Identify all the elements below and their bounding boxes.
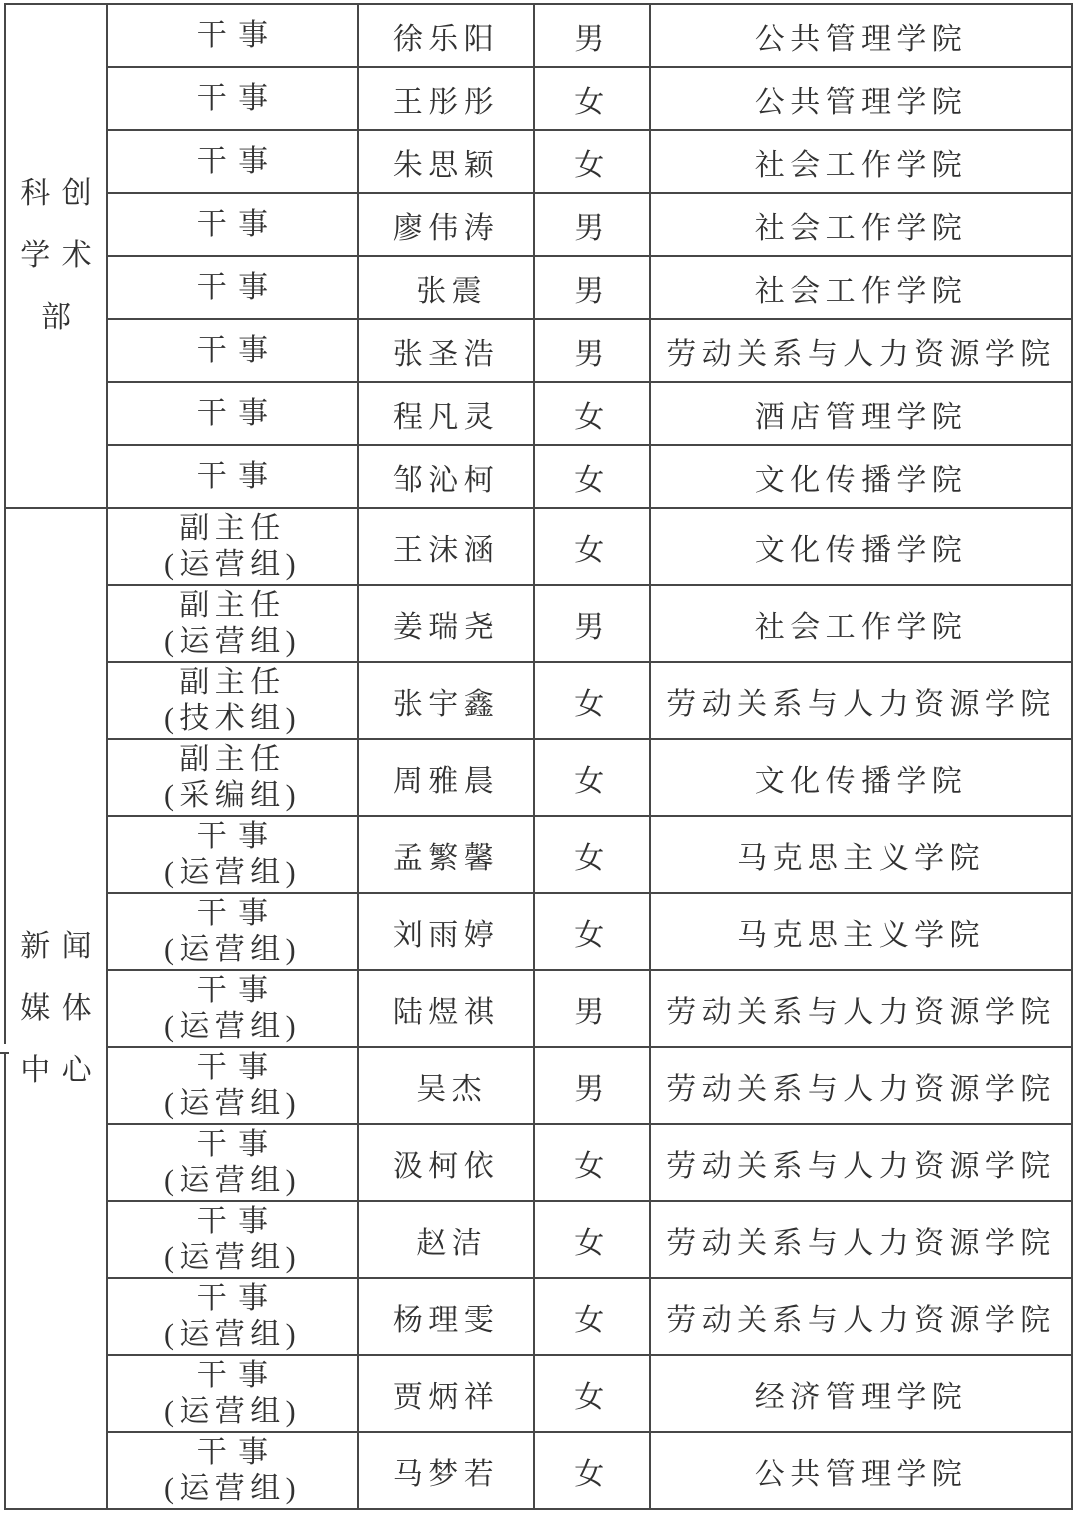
college-cell: 经济管理学院 xyxy=(650,1355,1072,1432)
name-cell: 孟繁馨 xyxy=(358,816,534,893)
table-row: 干事程凡灵女酒店管理学院 xyxy=(5,382,1072,445)
position-group: (运营组) xyxy=(108,1471,357,1507)
department-line: 媒体 xyxy=(6,978,106,1040)
college-cell: 劳动关系与人力资源学院 xyxy=(650,1278,1072,1355)
gender-cell: 女 xyxy=(534,445,650,508)
name-cell: 姜瑞尧 xyxy=(358,585,534,662)
table-row: 干事(运营组)刘雨婷女马克思主义学院 xyxy=(5,893,1072,970)
position-title: 干事 xyxy=(108,1358,357,1394)
college-cell: 马克思主义学院 xyxy=(650,893,1072,970)
name-cell: 王彤彤 xyxy=(358,67,534,130)
position-cell: 干事(运营组) xyxy=(107,1124,358,1201)
position-group: (采编组) xyxy=(108,778,357,814)
position-title: 干事 xyxy=(108,333,357,369)
gender-cell: 女 xyxy=(534,382,650,445)
table-row: 干事(运营组)贾炳祥女经济管理学院 xyxy=(5,1355,1072,1432)
table-row: 新闻媒体中心副主任(运营组)王沫涵女文化传播学院 xyxy=(5,508,1072,585)
position-group: (运营组) xyxy=(108,1163,357,1199)
position-cell: 干事 xyxy=(107,130,358,193)
position-group: (运营组) xyxy=(108,855,357,891)
position-cell: 干事(运营组) xyxy=(107,816,358,893)
table-row: 干事(运营组)赵洁女劳动关系与人力资源学院 xyxy=(5,1201,1072,1278)
position-title: 干事 xyxy=(108,819,357,855)
position-cell: 干事 xyxy=(107,382,358,445)
position-group: (运营组) xyxy=(108,932,357,968)
gender-cell: 男 xyxy=(534,585,650,662)
table-row: 干事张震男社会工作学院 xyxy=(5,256,1072,319)
table-body: 科创学术部干事徐乐阳男公共管理学院干事王彤彤女公共管理学院干事朱思颖女社会工作学… xyxy=(5,4,1072,1509)
name-cell: 张宇鑫 xyxy=(358,662,534,739)
gender-cell: 男 xyxy=(534,193,650,256)
position-cell: 干事(运营组) xyxy=(107,1432,358,1509)
position-cell: 副主任(运营组) xyxy=(107,508,358,585)
table-row: 副主任(技术组)张宇鑫女劳动关系与人力资源学院 xyxy=(5,662,1072,739)
position-title: 干事 xyxy=(108,1281,357,1317)
position-title: 干事 xyxy=(108,1127,357,1163)
department-line: 部 xyxy=(6,287,106,349)
college-cell: 劳动关系与人力资源学院 xyxy=(650,970,1072,1047)
department-line: 科创 xyxy=(6,163,106,225)
position-cell: 干事 xyxy=(107,67,358,130)
name-cell: 程凡灵 xyxy=(358,382,534,445)
table-row: 干事朱思颖女社会工作学院 xyxy=(5,130,1072,193)
position-cell: 干事 xyxy=(107,193,358,256)
position-title: 干事 xyxy=(108,18,357,54)
page-break-gap xyxy=(2,1044,9,1052)
gender-cell: 男 xyxy=(534,256,650,319)
name-cell: 汲柯依 xyxy=(358,1124,534,1201)
department-line: 新闻 xyxy=(6,916,106,978)
table-row: 干事(运营组)汲柯依女劳动关系与人力资源学院 xyxy=(5,1124,1072,1201)
roster-table: 科创学术部干事徐乐阳男公共管理学院干事王彤彤女公共管理学院干事朱思颖女社会工作学… xyxy=(4,3,1073,1510)
position-title: 干事 xyxy=(108,1050,357,1086)
position-title: 干事 xyxy=(108,1204,357,1240)
position-cell: 干事 xyxy=(107,445,358,508)
position-group: (运营组) xyxy=(108,1086,357,1122)
position-title: 干事 xyxy=(108,396,357,432)
position-cell: 干事(运营组) xyxy=(107,1201,358,1278)
gender-cell: 女 xyxy=(534,1355,650,1432)
gender-cell: 女 xyxy=(534,1124,650,1201)
gender-cell: 女 xyxy=(534,662,650,739)
department-line: 学术 xyxy=(6,225,106,287)
college-cell: 文化传播学院 xyxy=(650,445,1072,508)
college-cell: 公共管理学院 xyxy=(650,67,1072,130)
position-title: 干事 xyxy=(108,1435,357,1471)
gender-cell: 男 xyxy=(534,970,650,1047)
table-row: 干事(运营组)吴杰男劳动关系与人力资源学院 xyxy=(5,1047,1072,1124)
position-title: 干事 xyxy=(108,896,357,932)
college-cell: 劳动关系与人力资源学院 xyxy=(650,662,1072,739)
table-row: 干事王彤彤女公共管理学院 xyxy=(5,67,1072,130)
table-row: 干事(运营组)杨理雯女劳动关系与人力资源学院 xyxy=(5,1278,1072,1355)
position-group: (运营组) xyxy=(108,1240,357,1276)
college-cell: 公共管理学院 xyxy=(650,4,1072,67)
position-title: 干事 xyxy=(108,144,357,180)
table-row: 干事廖伟涛男社会工作学院 xyxy=(5,193,1072,256)
table-row: 科创学术部干事徐乐阳男公共管理学院 xyxy=(5,4,1072,67)
gender-cell: 女 xyxy=(534,1201,650,1278)
department-cell: 新闻媒体中心 xyxy=(5,508,107,1509)
gender-cell: 男 xyxy=(534,1047,650,1124)
position-group: (运营组) xyxy=(108,1317,357,1353)
name-cell: 朱思颖 xyxy=(358,130,534,193)
position-cell: 副主任(技术组) xyxy=(107,662,358,739)
college-cell: 社会工作学院 xyxy=(650,193,1072,256)
name-cell: 杨理雯 xyxy=(358,1278,534,1355)
college-cell: 社会工作学院 xyxy=(650,130,1072,193)
name-cell: 张震 xyxy=(358,256,534,319)
name-cell: 王沫涵 xyxy=(358,508,534,585)
roster-table-container: 科创学术部干事徐乐阳男公共管理学院干事王彤彤女公共管理学院干事朱思颖女社会工作学… xyxy=(4,3,1073,1510)
name-cell: 邹沁柯 xyxy=(358,445,534,508)
position-cell: 干事 xyxy=(107,4,358,67)
college-cell: 劳动关系与人力资源学院 xyxy=(650,1201,1072,1278)
name-cell: 周雅晨 xyxy=(358,739,534,816)
position-title: 干事 xyxy=(108,459,357,495)
table-row: 干事(运营组)陆煜祺男劳动关系与人力资源学院 xyxy=(5,970,1072,1047)
gender-cell: 女 xyxy=(534,67,650,130)
position-group: (运营组) xyxy=(108,1394,357,1430)
table-row: 干事张圣浩男劳动关系与人力资源学院 xyxy=(5,319,1072,382)
gender-cell: 女 xyxy=(534,893,650,970)
position-cell: 干事(运营组) xyxy=(107,1047,358,1124)
name-cell: 陆煜祺 xyxy=(358,970,534,1047)
name-cell: 马梦若 xyxy=(358,1432,534,1509)
position-title: 副主任 xyxy=(108,511,357,547)
position-group: (运营组) xyxy=(108,624,357,660)
position-title: 干事 xyxy=(108,207,357,243)
table-row: 副主任(运营组)姜瑞尧男社会工作学院 xyxy=(5,585,1072,662)
position-title: 副主任 xyxy=(108,742,357,778)
position-title: 干事 xyxy=(108,973,357,1009)
college-cell: 劳动关系与人力资源学院 xyxy=(650,319,1072,382)
college-cell: 劳动关系与人力资源学院 xyxy=(650,1124,1072,1201)
gender-cell: 女 xyxy=(534,508,650,585)
gender-cell: 女 xyxy=(534,1278,650,1355)
position-cell: 干事(运营组) xyxy=(107,1355,358,1432)
name-cell: 贾炳祥 xyxy=(358,1355,534,1432)
position-group: (运营组) xyxy=(108,547,357,583)
position-title: 干事 xyxy=(108,270,357,306)
gender-cell: 女 xyxy=(534,130,650,193)
position-cell: 干事 xyxy=(107,256,358,319)
college-cell: 社会工作学院 xyxy=(650,256,1072,319)
position-cell: 副主任(采编组) xyxy=(107,739,358,816)
gender-cell: 女 xyxy=(534,816,650,893)
name-cell: 徐乐阳 xyxy=(358,4,534,67)
college-cell: 社会工作学院 xyxy=(650,585,1072,662)
department-cell: 科创学术部 xyxy=(5,4,107,508)
college-cell: 酒店管理学院 xyxy=(650,382,1072,445)
position-cell: 干事(运营组) xyxy=(107,893,358,970)
name-cell: 刘雨婷 xyxy=(358,893,534,970)
table-row: 干事(运营组)马梦若女公共管理学院 xyxy=(5,1432,1072,1509)
college-cell: 马克思主义学院 xyxy=(650,816,1072,893)
page-break-tick xyxy=(0,1052,9,1054)
table-row: 副主任(采编组)周雅晨女文化传播学院 xyxy=(5,739,1072,816)
position-cell: 干事(运营组) xyxy=(107,1278,358,1355)
college-cell: 劳动关系与人力资源学院 xyxy=(650,1047,1072,1124)
gender-cell: 男 xyxy=(534,319,650,382)
position-title: 副主任 xyxy=(108,665,357,701)
department-line: 中心 xyxy=(6,1040,106,1102)
name-cell: 赵洁 xyxy=(358,1201,534,1278)
position-cell: 干事 xyxy=(107,319,358,382)
position-title: 干事 xyxy=(108,81,357,117)
college-cell: 公共管理学院 xyxy=(650,1432,1072,1509)
position-cell: 副主任(运营组) xyxy=(107,585,358,662)
name-cell: 张圣浩 xyxy=(358,319,534,382)
position-group: (技术组) xyxy=(108,701,357,737)
position-title: 副主任 xyxy=(108,588,357,624)
college-cell: 文化传播学院 xyxy=(650,508,1072,585)
position-group: (运营组) xyxy=(108,1009,357,1045)
gender-cell: 女 xyxy=(534,739,650,816)
college-cell: 文化传播学院 xyxy=(650,739,1072,816)
gender-cell: 男 xyxy=(534,4,650,67)
position-cell: 干事(运营组) xyxy=(107,970,358,1047)
gender-cell: 女 xyxy=(534,1432,650,1509)
table-row: 干事邹沁柯女文化传播学院 xyxy=(5,445,1072,508)
name-cell: 吴杰 xyxy=(358,1047,534,1124)
table-row: 干事(运营组)孟繁馨女马克思主义学院 xyxy=(5,816,1072,893)
name-cell: 廖伟涛 xyxy=(358,193,534,256)
